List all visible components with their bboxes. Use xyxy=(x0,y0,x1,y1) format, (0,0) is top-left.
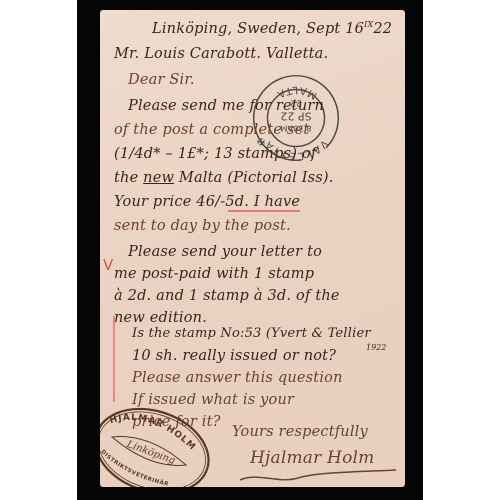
body-line-11: Is the stamp No:53 (Yvert & Tellier xyxy=(132,326,371,341)
postcard: Linköping, Sweden, Sept 16IX22 Mr. Louis… xyxy=(100,10,405,487)
word-new-underlined: new xyxy=(143,170,174,186)
addressee: Mr. Louis Carabott. Valletta. xyxy=(114,46,328,62)
body-line-13: Please answer this question xyxy=(132,370,343,386)
body-line-5: Your price 46/-5d. I have xyxy=(114,194,300,210)
red-check-mark: V xyxy=(103,256,113,274)
place-date: Linköping, Sweden, Sept 16 xyxy=(152,21,364,37)
body-line-6: sent to day by the post. xyxy=(114,218,291,234)
hjalmar-holm-handstamp: HJALMAR HOLM Linköping DISTRIKTSVETERINÄ… xyxy=(100,403,210,487)
year-1922-note: 1922 xyxy=(366,343,386,352)
closing: Yours respectfully xyxy=(232,424,368,440)
year: 22 xyxy=(373,21,392,37)
salutation: Dear Sir. xyxy=(128,72,195,88)
word-the: the xyxy=(114,170,138,186)
body-line-2: of the post a complete set xyxy=(114,122,309,138)
pictorial-issue: Malta (Pictorial Iss). xyxy=(179,170,334,186)
body-line-10: new edition. xyxy=(114,310,207,326)
month-roman: IX xyxy=(364,20,373,29)
i-have: I have xyxy=(254,194,300,210)
body-line-9: à 2d. and 1 stamp à 3d. of the xyxy=(114,288,340,304)
body-line-3: (1/4d* – 1£*; 13 stamps) of xyxy=(114,146,316,162)
your-price-label: Your price xyxy=(114,194,191,210)
red-price-underline xyxy=(228,210,300,212)
body-line-8: me post-paid with 1 stamp xyxy=(114,266,314,282)
price-value: 46/-5d. xyxy=(196,194,249,210)
handstamp-town: Linköping xyxy=(124,439,176,467)
body-line-12: 10 sh. really issued or not? xyxy=(132,348,336,364)
body-line-7: Please send your letter to xyxy=(128,244,322,260)
signature: Hjalmar Holm xyxy=(250,448,374,468)
body-line-4: the new Malta (Pictorial Iss). xyxy=(114,170,334,186)
body-line-1: Please send me for return xyxy=(128,98,324,114)
signature-flourish xyxy=(238,468,398,487)
place-date-line: Linköping, Sweden, Sept 16IX22 xyxy=(152,20,392,37)
red-margin-bar xyxy=(113,316,115,402)
